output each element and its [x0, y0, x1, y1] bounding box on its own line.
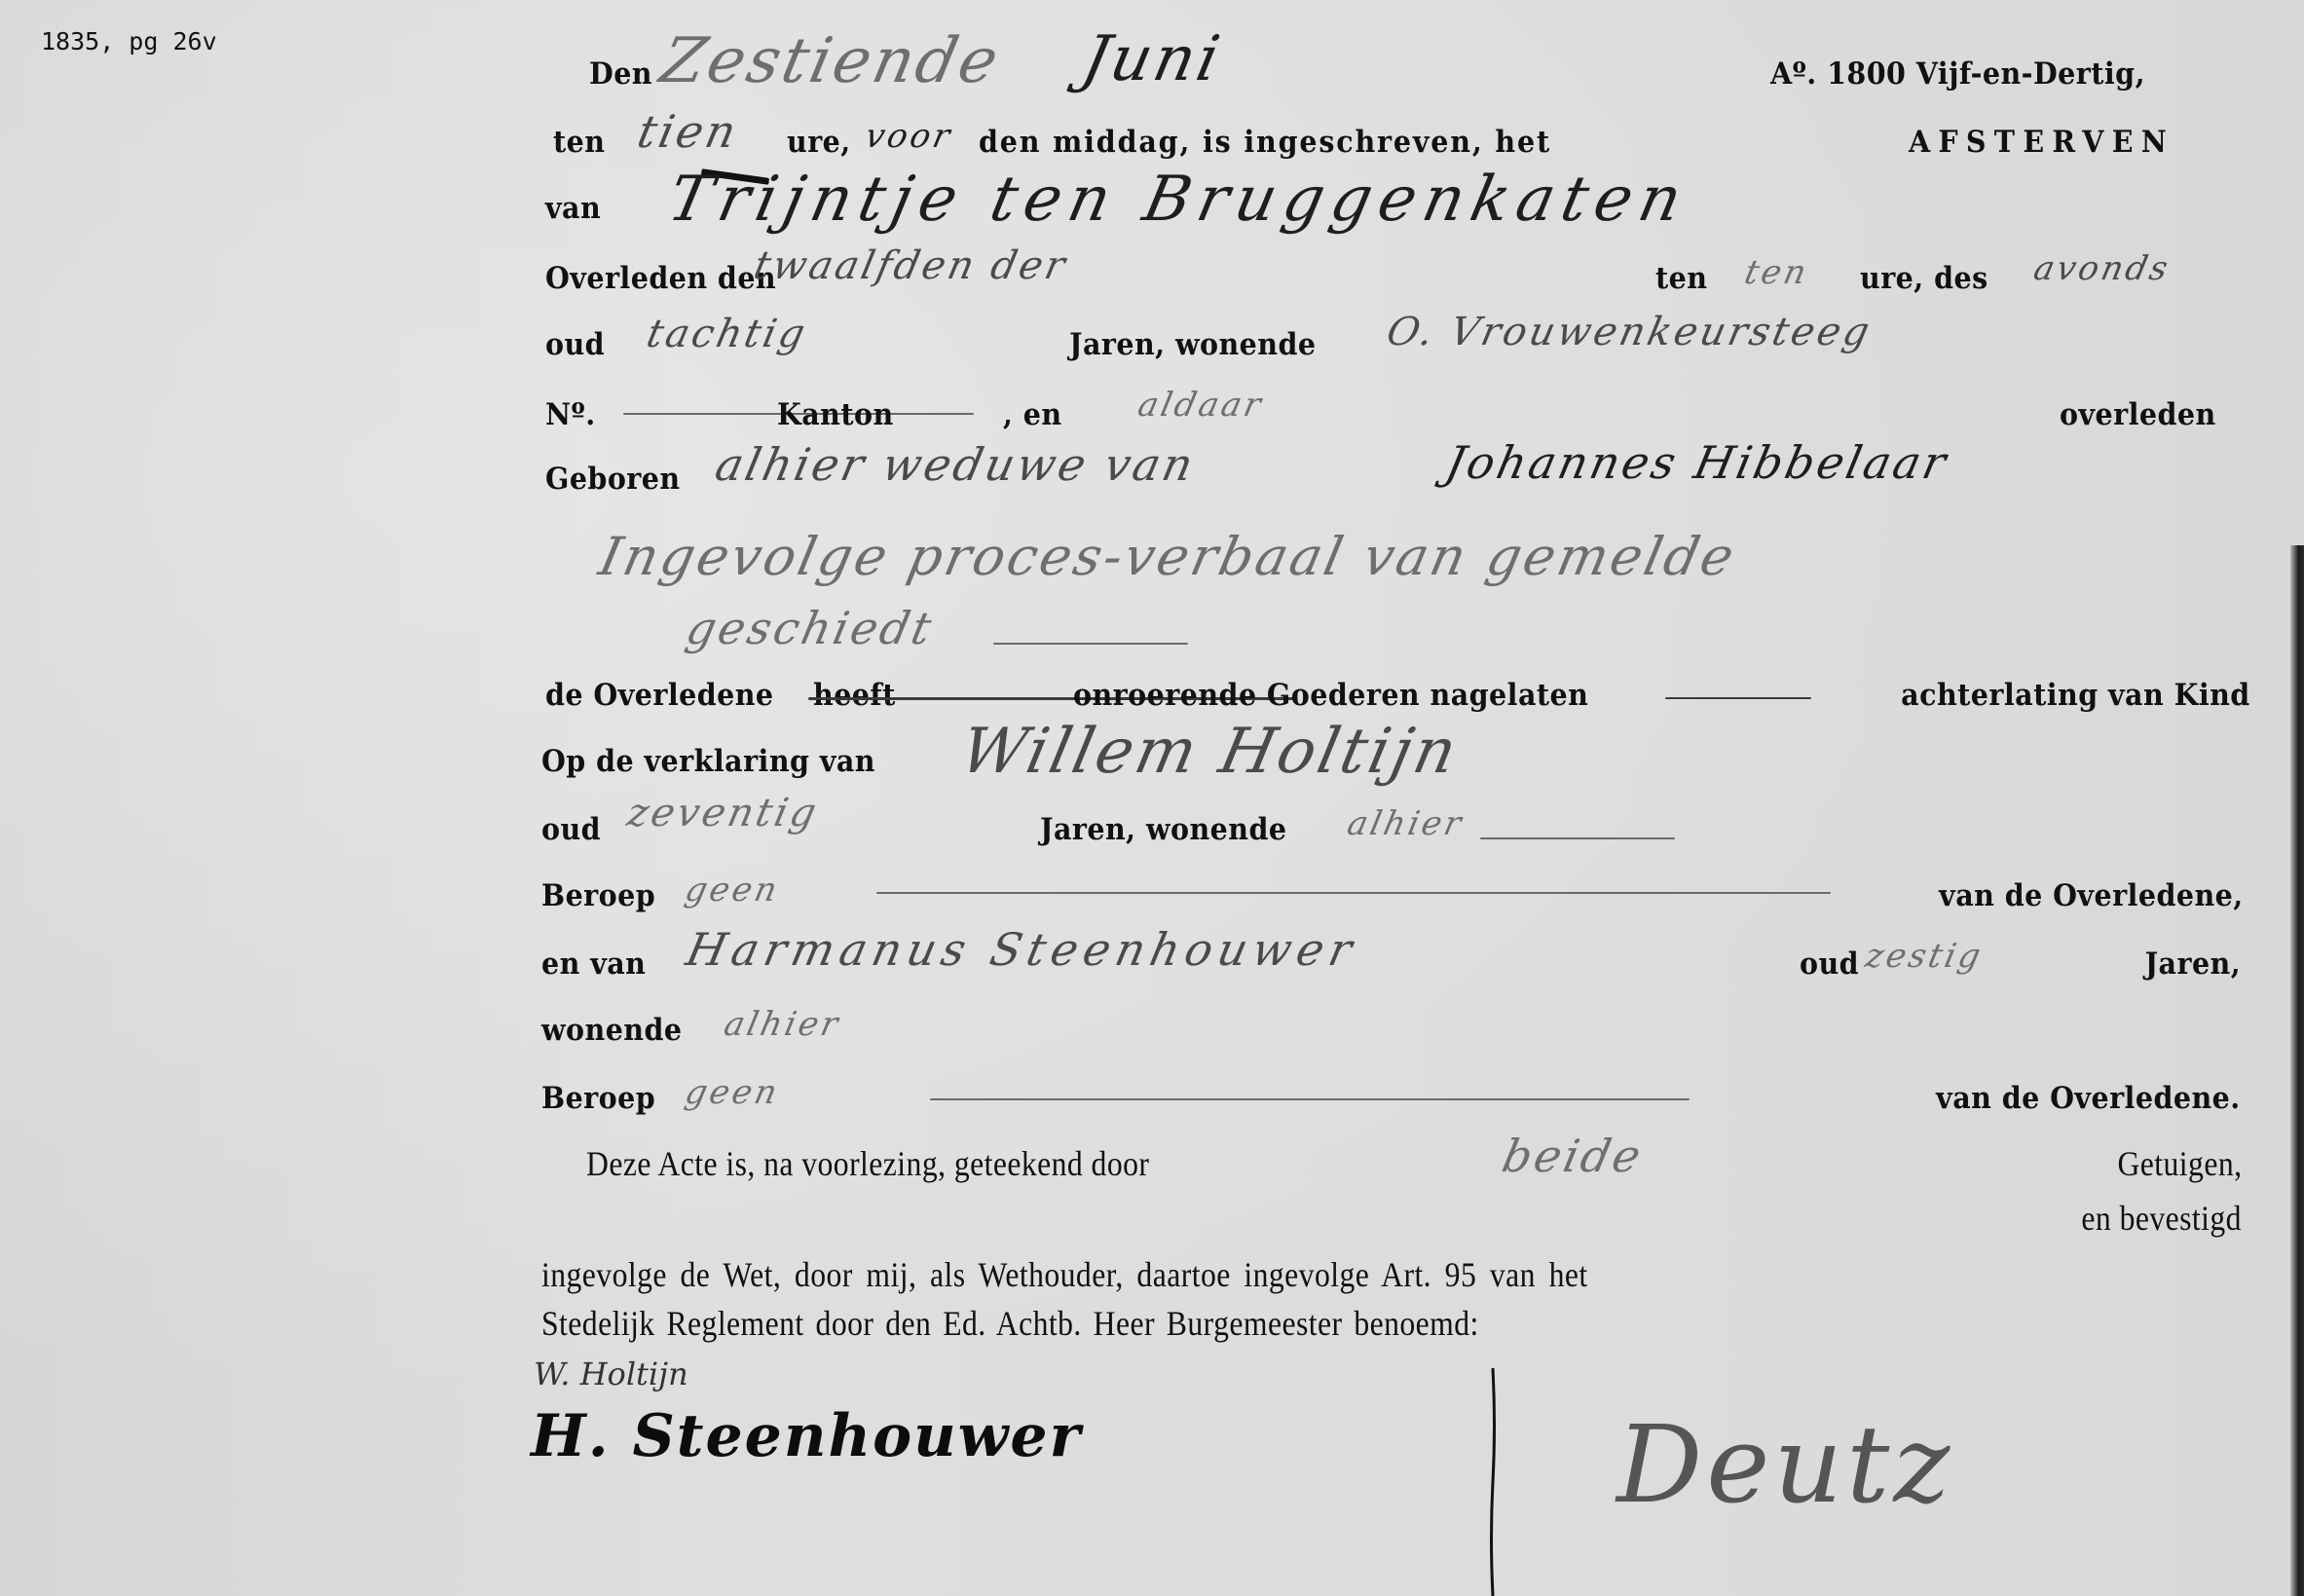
strikethrough-line [1665, 697, 1811, 699]
declarant1-age-handwritten: zeventig [623, 791, 823, 835]
page-edge-shadow [2290, 545, 2304, 1596]
page-reference-annotation: 1835, pg 26v [41, 27, 217, 56]
declarant2-jaren-label: Jaren, [2144, 946, 2241, 982]
overleden-den-label: Overleden den [545, 261, 776, 296]
birthplace-handwritten: alhier weduwe van [711, 438, 1201, 491]
en-label: , en [1003, 397, 1062, 432]
declarant1-relation-label: van de Overledene, [1940, 878, 2244, 913]
witness1-signature: W. Holtijn [534, 1355, 688, 1392]
heeft-struck-label: heeft [813, 678, 896, 713]
day-handwritten: Zestiende [654, 25, 1007, 97]
van-label: van [545, 191, 601, 226]
spouse-handwritten: Johannes Hibbelaar [1441, 436, 1953, 489]
aldaar-handwritten: aldaar [1134, 386, 1267, 425]
declarant2-residence-handwritten: alhier [721, 1005, 844, 1044]
kanton-label: Kanton [777, 397, 894, 432]
official-signature: Deutz [1617, 1402, 1953, 1527]
declarant-label: Op de verklaring van [541, 744, 875, 779]
hour-handwritten: tien [633, 105, 744, 158]
death-ten-label: ten [1655, 261, 1707, 296]
oud-label: oud [545, 327, 605, 362]
witness2-signature: H. Steenhouwer [531, 1402, 1082, 1470]
estate-rest-label: onroerende Goederen nagelaten [1073, 678, 1588, 713]
bevestigd-label: en bevestigd [2081, 1198, 2242, 1239]
brace-divider [1490, 1368, 1496, 1596]
children-label: achterlating van Kind [1901, 678, 2250, 713]
declarant1-residence-handwritten: alhier [1344, 804, 1468, 843]
closing-line1: Deze Acte is, na voorlezing, geteekend d… [586, 1143, 1149, 1184]
declarant2-relation-label: van de Overledene. [1937, 1081, 2241, 1116]
declarant1-beroep-label: Beroep [541, 878, 655, 913]
note-line2-handwritten: geschiedt [682, 602, 939, 654]
ure-des-label: ure, des [1860, 261, 1988, 296]
declarant2-age-handwritten: zestig [1862, 937, 1987, 976]
getuigen-label: Getuigen, [2117, 1143, 2242, 1184]
scanned-page [0, 0, 2304, 1596]
ure-label: ure, [787, 125, 851, 160]
death-time-handwritten: avonds [2030, 249, 2174, 288]
death-date-handwritten: twaalfden der [750, 243, 1072, 288]
deceased-name-handwritten: Trijntje ten Bruggenkaten [662, 164, 1695, 236]
note-line1-handwritten: Ingevolge proces-verbaal van gemelde [594, 526, 1742, 587]
closing-line3: ingevolge de Wet, door mij, als Wethoude… [541, 1254, 1588, 1295]
jaren-wonende-label: Jaren, wonende [1069, 327, 1316, 362]
declarant1-occupation-handwritten: geen [682, 871, 783, 909]
year-label: Aº. 1800 Vijf-en-Dertig, [1770, 56, 2145, 92]
signers-handwritten: beide [1498, 1130, 1649, 1182]
ampm-handwritten: voor [862, 117, 956, 156]
blank-line [993, 643, 1188, 645]
geboren-label: Geboren [545, 462, 681, 497]
declarant2-wonende-label: wonende [541, 1013, 682, 1048]
afsterven-label: AFSTERVEN [1909, 125, 2174, 160]
declarant2-oud-label: oud [1800, 946, 1859, 982]
blank-line [1480, 837, 1675, 839]
declarant1-jaren-wonende-label: Jaren, wonende [1040, 812, 1286, 847]
deceased-age-handwritten: tachtig [643, 312, 811, 356]
death-hour-handwritten: ten [1741, 253, 1812, 292]
declarant2-occupation-handwritten: geen [682, 1073, 783, 1112]
closing-line4: Stedelijk Reglement door den Ed. Achtb. … [541, 1303, 1479, 1344]
blank-line [876, 892, 1831, 894]
declarant2-name-handwritten: Harmanus Steenhouwer [682, 923, 1362, 976]
ten-label: ten [553, 125, 605, 160]
overleden-label: overleden [2060, 397, 2216, 432]
declarant1-name-handwritten: Willem Holtijn [954, 716, 1466, 788]
estate-label: de Overledene [545, 678, 774, 713]
number-label: Nº. [545, 397, 596, 432]
blank-line [930, 1098, 1690, 1100]
month-handwritten: Juni [1076, 23, 1228, 95]
declarant1-oud-label: oud [541, 812, 601, 847]
registration-text: den middag, is ingeschreven, het [979, 125, 1551, 160]
den-label: Den [589, 56, 652, 92]
declarant2-beroep-label: Beroep [541, 1081, 655, 1116]
deceased-address-handwritten: O. Vrouwenkeursteeg [1383, 310, 1877, 354]
declarant2-label: en van [541, 946, 646, 982]
